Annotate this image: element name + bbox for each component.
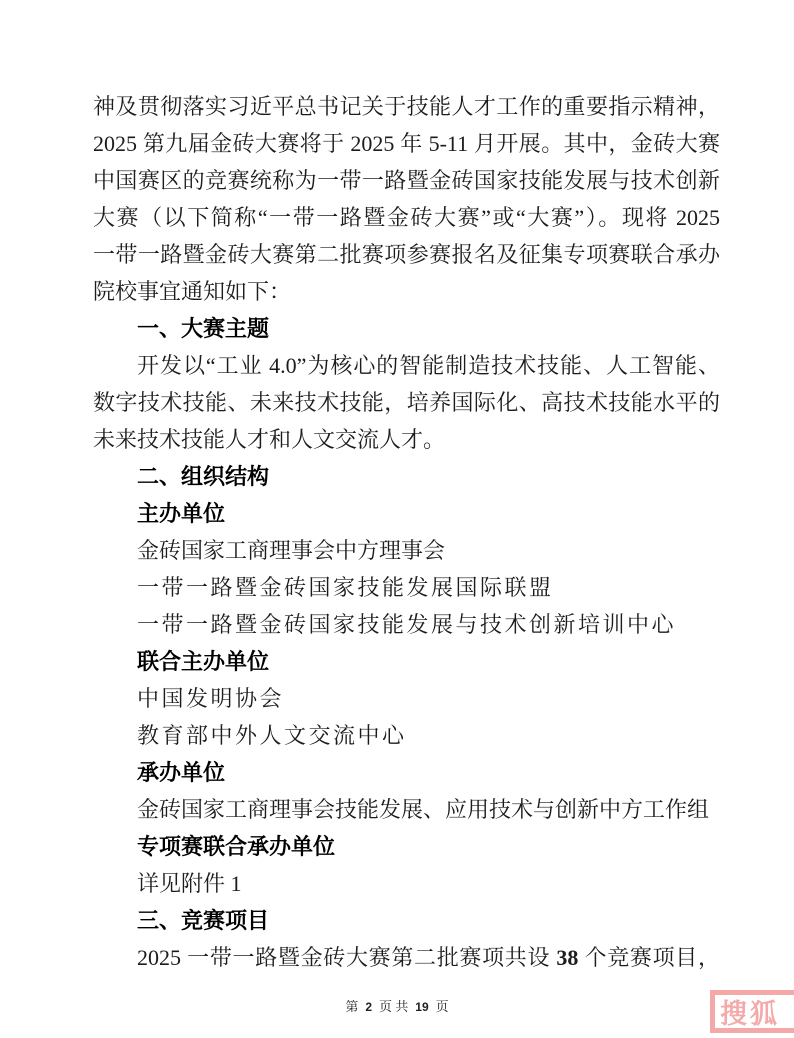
- subheading-host-unit: 主办单位: [93, 495, 720, 532]
- watermark-seal-text: 搜狐: [720, 992, 780, 1031]
- org-name-line: 一带一路暨金砖国家技能发展与技术创新培训中心: [93, 606, 720, 643]
- subheading-special-competition-co-organizer: 专项赛联合承办单位: [93, 828, 720, 865]
- project-count: 38: [556, 945, 578, 970]
- heading-competition-projects: 三、竞赛项目: [93, 902, 720, 939]
- body-line: 未来技术技能人才和人文交流人才。: [93, 421, 720, 458]
- document-page: 神及贯彻落实习近平总书记关于技能人才工作的重要指示精神， 2025 第九届金砖大…: [0, 0, 794, 1038]
- heading-competition-theme: 一、大赛主题: [93, 310, 720, 347]
- body-line: 2025 一带一路暨金砖大赛第二批赛项共设 38 个竞赛项目，: [93, 939, 720, 976]
- watermark-seal-stamp: 搜狐: [710, 990, 794, 1033]
- page-number-footer: 第 2 页 共 19 页: [0, 996, 794, 1015]
- total-page-number: 19: [415, 1000, 428, 1014]
- org-name-line: 一带一路暨金砖国家技能发展国际联盟: [93, 569, 720, 606]
- body-line: 开发以“工业 4.0”为核心的智能制造技术技能、人工智能、: [93, 347, 720, 384]
- org-name-line: 金砖国家工商理事会中方理事会: [93, 532, 720, 569]
- body-line: 2025 第九届金砖大赛将于 2025 年 5-11 月开展。其中，金砖大赛: [93, 125, 720, 162]
- current-page-number: 2: [365, 1000, 372, 1014]
- see-attachment-line: 详见附件 1: [93, 865, 720, 902]
- footer-middle: 页 共: [379, 996, 408, 1015]
- heading-organization-structure: 二、组织结构: [93, 458, 720, 495]
- org-name-line: 金砖国家工商理事会技能发展、应用技术与创新中方工作组: [93, 791, 720, 828]
- body-line: 大赛（以下简称“一带一路暨金砖大赛”或“大赛”）。现将 2025: [93, 199, 720, 236]
- footer-prefix: 第: [345, 996, 358, 1015]
- document-body: 神及贯彻落实习近平总书记关于技能人才工作的重要指示精神， 2025 第九届金砖大…: [93, 88, 720, 976]
- subheading-co-host-unit: 联合主办单位: [93, 643, 720, 680]
- body-line: 中国赛区的竞赛统称为一带一路暨金砖国家技能发展与技术创新: [93, 162, 720, 199]
- body-line-suffix: 个竞赛项目，: [578, 945, 720, 970]
- org-name-line: 教育部中外人文交流中心: [93, 717, 720, 754]
- body-line: 神及贯彻落实习近平总书记关于技能人才工作的重要指示精神，: [93, 88, 720, 125]
- body-line: 院校事宜通知如下：: [93, 273, 720, 310]
- footer-suffix: 页: [436, 996, 449, 1015]
- org-name-line: 中国发明协会: [93, 680, 720, 717]
- body-line-prefix: 2025 一带一路暨金砖大赛第二批赛项共设: [137, 945, 556, 970]
- body-line: 一带一路暨金砖大赛第二批赛项参赛报名及征集专项赛联合承办: [93, 236, 720, 273]
- subheading-organizer-unit: 承办单位: [93, 754, 720, 791]
- body-line: 数字技术技能、未来技术技能，培养国际化、高技术技能水平的: [93, 384, 720, 421]
